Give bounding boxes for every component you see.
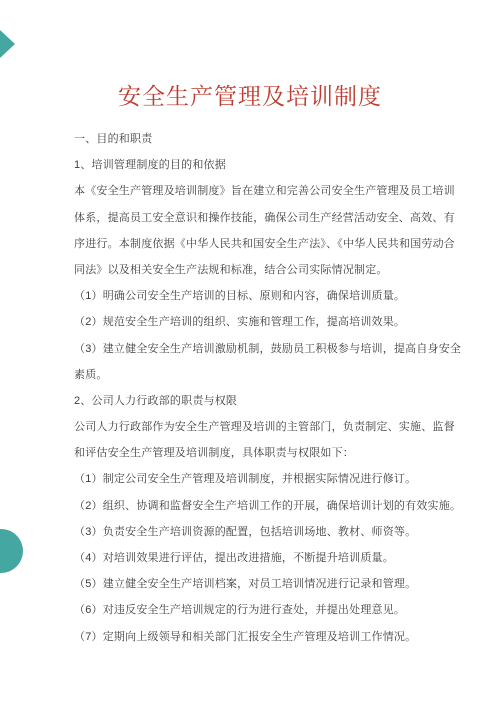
document-line: 公司人力行政部作为安全生产管理及培训的主管部门，负责制定、实施、监督 [74, 414, 474, 440]
document-line: （1）制定公司安全生产管理及培训制度，并根据实际情况进行修订。 [74, 466, 474, 492]
document-line: （2）组织、协调和监督安全生产培训工作的开展，确保培训计划的有效实施。 [74, 493, 474, 519]
document-line: （3）负责安全生产培训资源的配置，包括培训场地、教材、师资等。 [74, 519, 474, 545]
document-line: （7）定期向上级领导和相关部门汇报安全生产管理及培训工作情况。 [74, 624, 474, 650]
document-line: （6）对违反安全生产培训规定的行为进行查处，并提出处理意见。 [74, 597, 474, 623]
document-line: 本《安全生产管理及培训制度》旨在建立和完善公司安全生产管理及员工培训 [74, 178, 474, 204]
document-line: （5）建立健全安全生产培训档案，对员工培训情况进行记录和管理。 [74, 571, 474, 597]
document-line: 一、目的和职责 [74, 126, 474, 152]
document-line: （4）对培训效果进行评估，提出改进措施，不断提升培训质量。 [74, 545, 474, 571]
document-line: 2、公司人力行政部的职责与权限 [74, 388, 474, 414]
document-line: （2）规范安全生产培训的组织、实施和管理工作，提高培训效果。 [74, 309, 474, 335]
document-page: 安全生产管理及培训制度 一、目的和职责1、培训管理制度的目的和依据本《安全生产管… [0, 0, 500, 707]
document-body: 一、目的和职责1、培训管理制度的目的和依据本《安全生产管理及培训制度》旨在建立和… [74, 126, 474, 650]
teal-circle-decoration [0, 529, 23, 573]
document-title: 安全生产管理及培训制度 [0, 82, 500, 110]
document-line: 序进行。本制度依据《中华人民共和国安全生产法》、《中华人民共和国劳动合 [74, 231, 474, 257]
document-line: （3）建立健全安全生产培训激励机制，鼓励员工积极参与培训，提高自身安全 [74, 336, 474, 362]
document-line: 体系，提高员工安全意识和操作技能，确保公司生产经营活动安全、高效、有 [74, 205, 474, 231]
teal-corner-triangle-decoration [0, 30, 15, 58]
document-line: 1、培训管理制度的目的和依据 [74, 152, 474, 178]
document-line: 同法》以及相关安全生产法规和标准，结合公司实际情况制定。 [74, 257, 474, 283]
document-line: （1）明确公司安全生产培训的目标、原则和内容，确保培训质量。 [74, 283, 474, 309]
document-line: 素质。 [74, 362, 474, 388]
document-line: 和评估安全生产管理及培训制度，具体职责与权限如下： [74, 440, 474, 466]
